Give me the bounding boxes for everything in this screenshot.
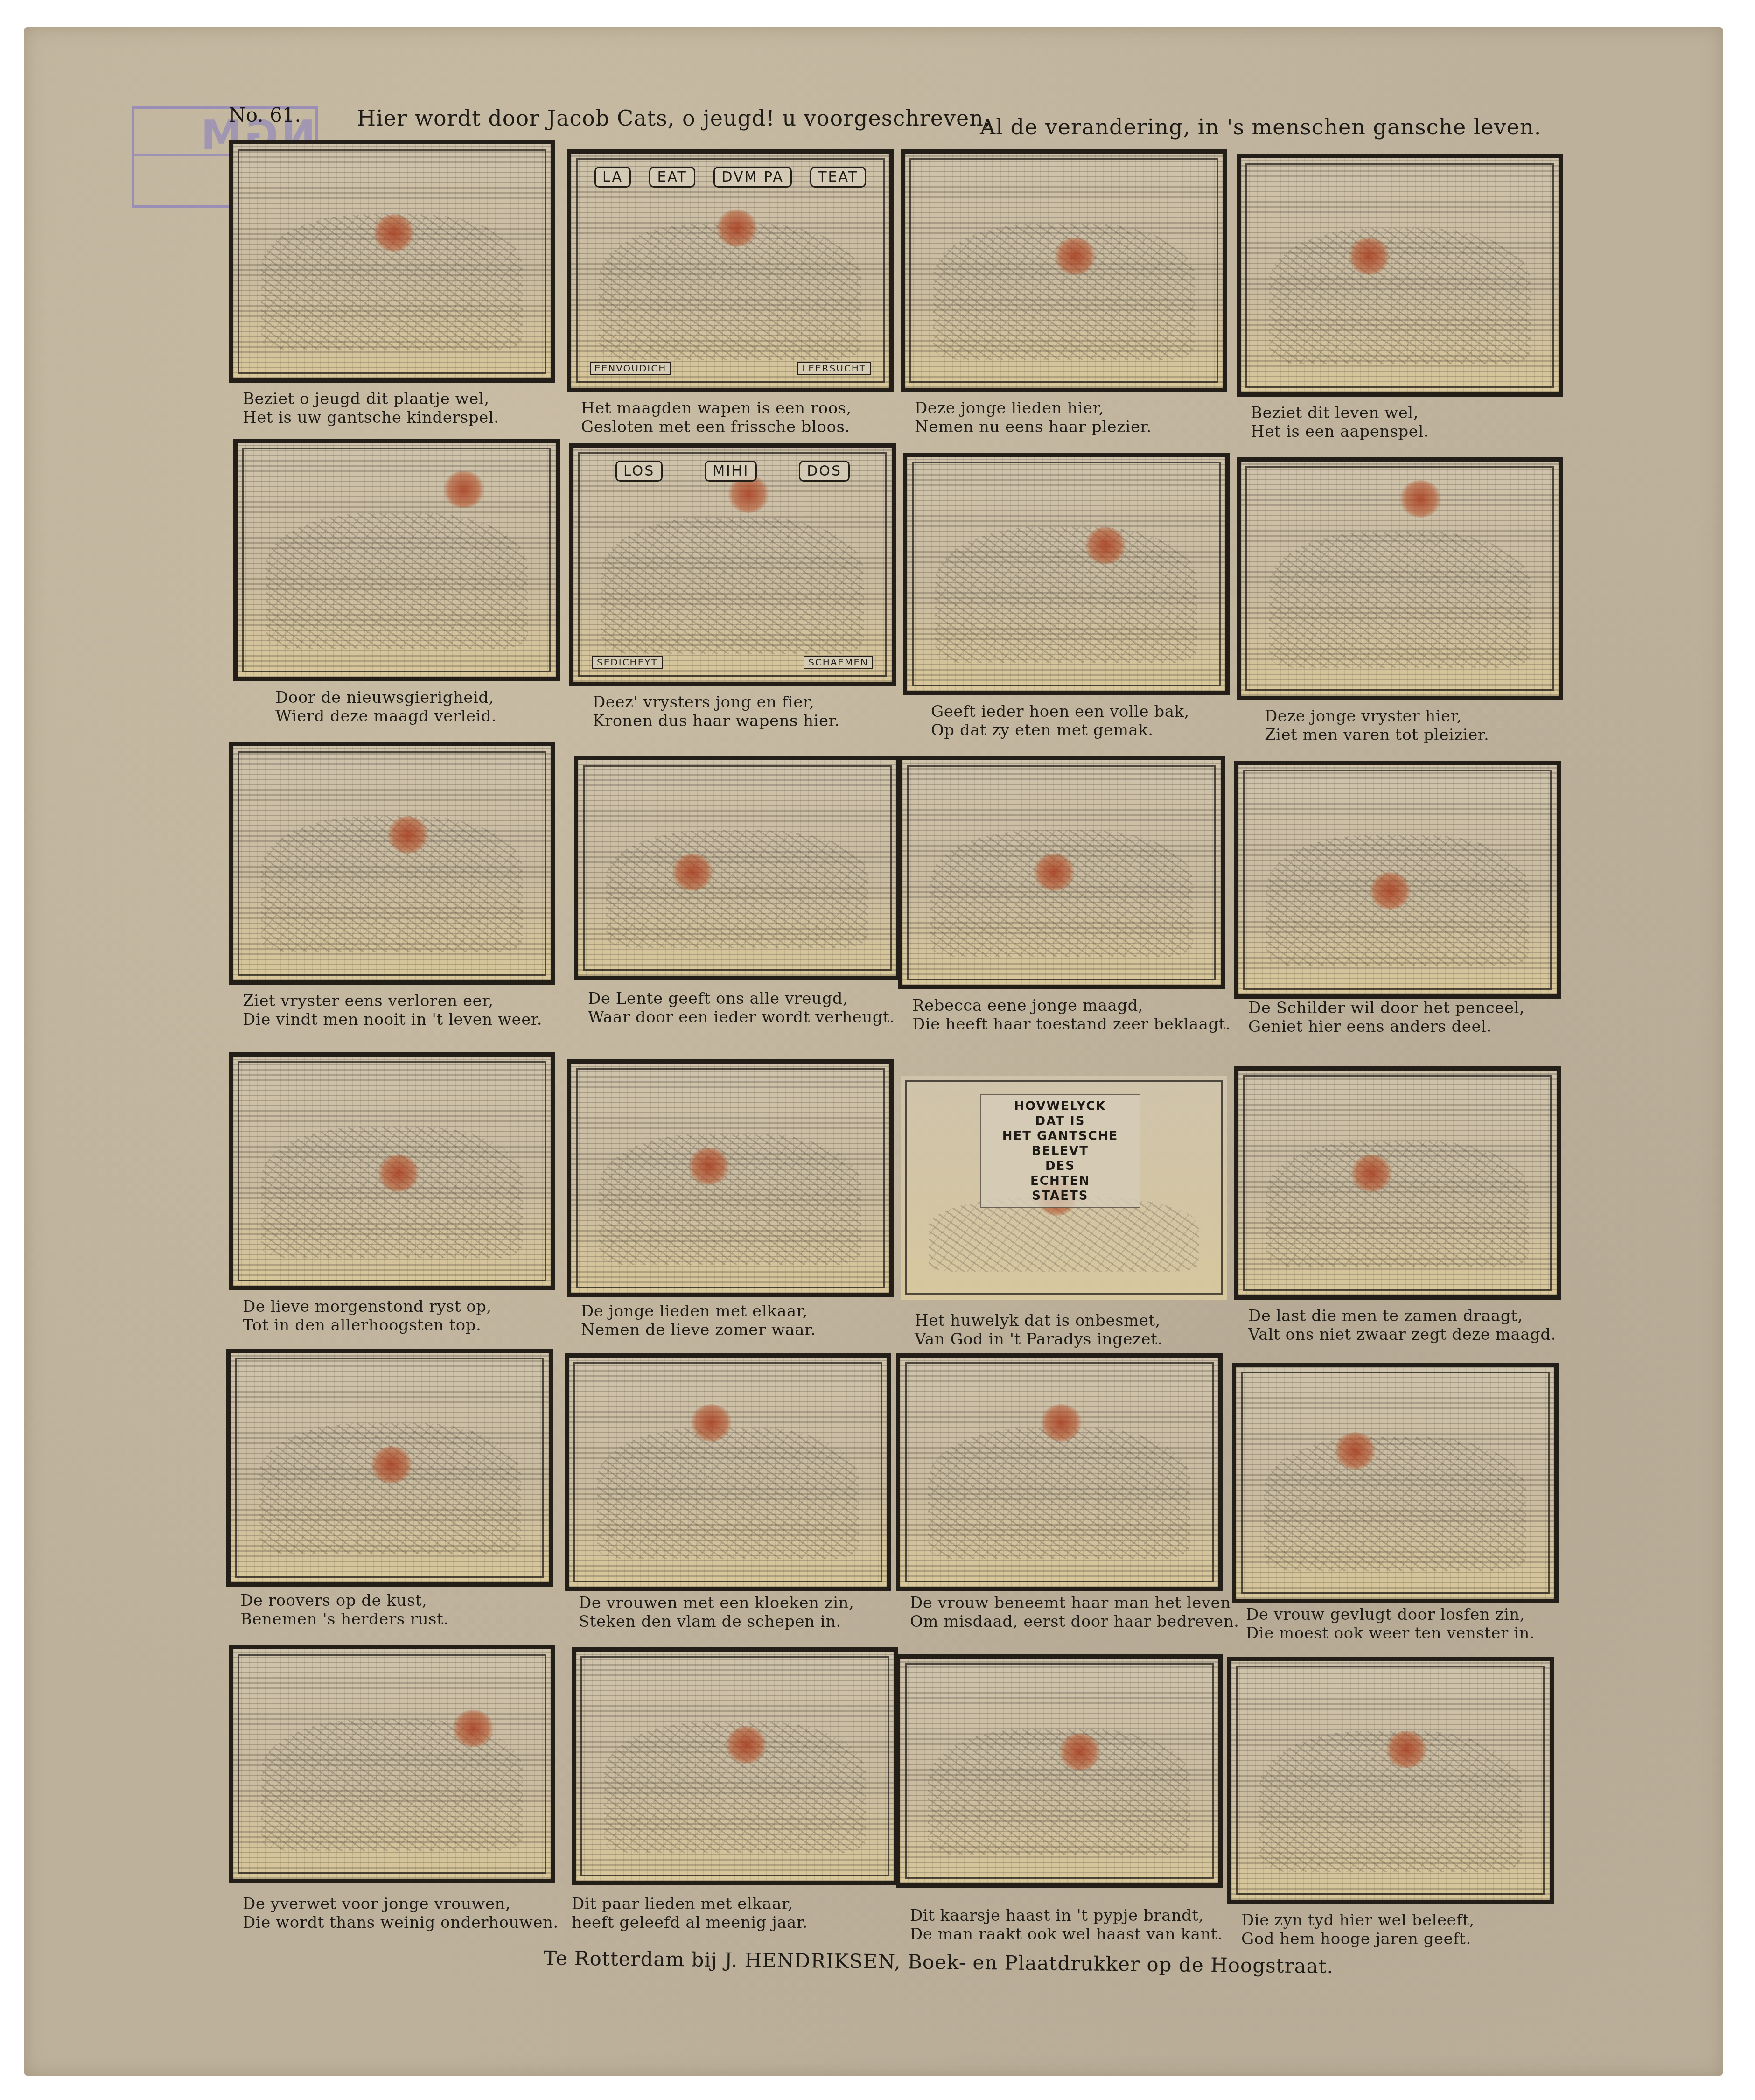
motto-bottom: SEDICHEYT SCHAEMEN	[592, 656, 873, 669]
red-blot	[671, 854, 713, 891]
verse-caption: De vrouw beneemt haar man het leven Om m…	[910, 1594, 1237, 1631]
plate-cell: De jonge lieden met elkaar, Nemen de lie…	[567, 1059, 894, 1356]
woodcut-scene	[928, 1729, 1190, 1855]
verse-line-2: Wierd deze maagd verleid.	[275, 707, 574, 726]
red-blot	[452, 1710, 494, 1747]
plate-cell: Deze jonge vryster hier, Ziet men varen …	[1237, 457, 1563, 754]
banner-word: EAT	[649, 167, 695, 188]
verse-line-2: Benemen 's herders rust.	[240, 1610, 567, 1629]
verse-caption: De Schilder wil door het penceel, Geniet…	[1248, 999, 1575, 1036]
verse-caption: Rebecca eene jonge maagd, Die heeft haar…	[912, 996, 1239, 1034]
woodcut-scene	[933, 224, 1195, 360]
verse-line-1: De jonge lieden met elkaar,	[581, 1302, 908, 1321]
red-blot	[716, 210, 758, 247]
verse-caption: De vrouw gevlugt door losfen zin, Die mo…	[1246, 1605, 1573, 1643]
verse-caption: Geeft ieder hoen een volle bak, Op dat z…	[931, 702, 1244, 740]
motto-banner: LA EAT DVM PA TEAT	[594, 167, 866, 188]
verse-caption: De jonge lieden met elkaar, Nemen de lie…	[581, 1302, 908, 1339]
banner-word: DOS	[799, 461, 850, 482]
verse-line-1: Deez' vrysters jong en fier,	[593, 693, 910, 712]
woodcut-illustration: HOVWELYCK DAT IS HET GANTSCHE BELEVT DES…	[901, 1076, 1227, 1300]
woodcut-illustration	[229, 140, 555, 383]
motto-label: EENVOUDICH	[590, 362, 671, 375]
plate-cell: Rebecca eene jonge maagd, Die heeft haar…	[898, 756, 1225, 1052]
woodcut-scene	[1259, 1731, 1522, 1872]
woodcut-scene	[929, 1197, 1199, 1272]
red-blot	[1348, 238, 1390, 275]
motto-label: SEDICHEYT	[592, 656, 663, 669]
verse-caption: Het maagden wapen is een roos, Gesloten …	[581, 399, 908, 436]
red-blot	[1054, 238, 1096, 275]
verse-line-1: De lieve morgenstond ryst op,	[243, 1297, 569, 1316]
verse-line-1: Dit paar lieden met elkaar,	[572, 1895, 912, 1913]
verse-line-2: Valt ons niet zwaar zegt deze maagd.	[1248, 1325, 1575, 1344]
woodcut-illustration	[567, 1059, 894, 1297]
sign-line: ECHTEN	[981, 1174, 1140, 1189]
plate-cell: Dit kaarsje haast in 't pypje brandt, De…	[896, 1654, 1223, 1951]
verse-line-1: De vrouwen met een kloeken zin,	[579, 1594, 905, 1612]
verse-caption: Die zyn tyd hier wel beleeft, God hem ho…	[1241, 1911, 1568, 1948]
verse-line-2: Het is uw gantsche kinderspel.	[243, 408, 569, 427]
hovwelyck-sign: HOVWELYCK DAT IS HET GANTSCHE BELEVT DES…	[980, 1094, 1140, 1208]
woodcut-illustration: LOS MIHI DOS SEDICHEYT SCHAEMEN	[569, 443, 896, 686]
woodcut-scene	[1266, 1141, 1529, 1267]
verse-caption: De yverwet voor jonge vrouwen, Die wordt…	[243, 1895, 569, 1932]
red-blot	[1059, 1733, 1101, 1771]
verse-caption: Dit kaarsje haast in 't pypje brandt, De…	[910, 1906, 1237, 1944]
verse-caption: Dit paar lieden met elkaar, heeft geleef…	[572, 1895, 912, 1932]
verse-line-2: Die vindt men nooit in 't leven weer.	[243, 1010, 569, 1029]
verse-line-2: Op dat zy eten met gemak.	[931, 721, 1244, 740]
red-blot	[725, 1726, 767, 1764]
verse-line-1: De Lente geeft ons alle vreugd,	[588, 989, 915, 1008]
woodcut-scene	[261, 214, 523, 350]
woodcut-scene	[266, 513, 528, 649]
woodcut-scene	[599, 1134, 861, 1265]
woodcut-illustration	[1237, 457, 1563, 700]
woodcut-illustration	[1227, 1657, 1554, 1904]
woodcut-illustration	[903, 453, 1230, 695]
plate-cell: De yverwet voor jonge vrouwen, Die wordt…	[229, 1645, 555, 1941]
verse-line-2: Die heeft haar toestand zeer beklaagt.	[912, 1015, 1239, 1034]
verse-line-1: De Schilder wil door het penceel,	[1248, 999, 1575, 1017]
verse-line-2: Waar door een ieder wordt verheugt.	[588, 1008, 915, 1027]
verse-line-2: Die moest ook weer ten venster in.	[1246, 1624, 1573, 1643]
red-blot	[1084, 527, 1126, 564]
plate-cell: LA EAT DVM PA TEAT EENVOUDICH LEERSUCHT …	[567, 149, 894, 446]
verse-line-1: Rebecca eene jonge maagd,	[912, 996, 1239, 1015]
banner-word: DVM PA	[713, 167, 791, 188]
banner-word: LOS	[615, 461, 663, 482]
verse-line-2: Steken den vlam de schepen in.	[579, 1612, 905, 1631]
woodcut-scene	[601, 518, 864, 654]
motto-banner: LOS MIHI DOS	[597, 461, 868, 482]
verse-line-2: God hem hooge jaren geeft.	[1241, 1930, 1568, 1948]
verse-caption: Het huwelyk dat is onbesmet, Van God in …	[915, 1311, 1241, 1349]
woodcut-scene	[1269, 228, 1531, 364]
sign-line: DES	[981, 1159, 1140, 1174]
plate-cell: Beziet dit leven wel, Het is een aapensp…	[1237, 154, 1563, 450]
plates-grid: Beziet o jeugd dit plaatje wel, Het is u…	[229, 140, 1563, 1923]
woodcut-scene	[930, 830, 1193, 957]
plate-cell: De lieve morgenstond ryst op, Tot in den…	[229, 1052, 555, 1349]
plate-cell: LOS MIHI DOS SEDICHEYT SCHAEMEN Deez' vr…	[569, 443, 896, 740]
woodcut-scene	[261, 1719, 523, 1851]
red-blot	[1040, 1404, 1082, 1442]
woodcut-illustration	[896, 1654, 1223, 1888]
red-blot	[1350, 1155, 1392, 1192]
verse-line-1: Het huwelyk dat is onbesmet,	[915, 1311, 1241, 1330]
verse-line-1: Beziet o jeugd dit plaatje wel,	[243, 390, 569, 408]
woodcut-scene	[928, 1428, 1190, 1559]
verse-line-1: De roovers op de kust,	[240, 1591, 567, 1610]
woodcut-illustration	[1232, 1363, 1559, 1603]
verse-caption: Deez' vrysters jong en fier, Kronen dus …	[593, 693, 910, 730]
banner-word: MIHI	[705, 461, 757, 482]
plate-cell: De Schilder wil door het penceel, Geniet…	[1234, 761, 1561, 1057]
plate-cell: Deze jonge lieden hier, Nemen nu eens ha…	[901, 149, 1227, 446]
verse-line-2: De man raakt ook wel haast van kant.	[910, 1925, 1237, 1944]
verse-caption: De Lente geeft ons alle vreugd, Waar doo…	[588, 989, 915, 1027]
plate-cell: De vrouwen met een kloeken zin, Steken d…	[565, 1353, 891, 1650]
woodcut-scene	[1269, 532, 1531, 668]
banner-word: TEAT	[810, 167, 866, 188]
woodcut-illustration	[1234, 1066, 1561, 1300]
plate-cell: De roovers op de kust, Benemen 's herder…	[226, 1349, 553, 1645]
woodcut-scene	[606, 830, 868, 948]
woodcut-illustration	[229, 742, 555, 985]
verse-line-2: Om misdaad, eerst door haar bedreven.	[910, 1612, 1237, 1631]
woodcut-scene	[261, 1127, 523, 1258]
red-blot	[1033, 854, 1075, 891]
woodcut-scene	[1264, 1437, 1526, 1571]
verse-line-2: Het is een aapenspel.	[1251, 422, 1577, 441]
red-blot	[690, 1404, 732, 1442]
woodcut-scene	[599, 224, 861, 360]
woodcut-illustration	[896, 1353, 1223, 1591]
verse-line-2: Van God in 't Paradys ingezet.	[915, 1330, 1241, 1349]
woodcut-illustration	[226, 1349, 553, 1587]
woodcut-scene	[935, 527, 1197, 663]
woodcut-illustration	[574, 756, 901, 980]
plate-cell: Door de nieuwsgierigheid, Wierd deze maa…	[233, 439, 560, 735]
verse-line-2: Geniet hier eens anders deel.	[1248, 1017, 1575, 1036]
plate-cell: Ziet vryster eens verloren eer, Die vind…	[229, 742, 555, 1038]
woodcut-scene	[259, 1423, 521, 1554]
woodcut-illustration	[565, 1353, 891, 1591]
plate-cell: HOVWELYCK DAT IS HET GANTSCHE BELEVT DES…	[901, 1076, 1227, 1372]
verse-line-1: Deze jonge lieden hier,	[915, 399, 1241, 418]
plate-cell: De Lente geeft ons alle vreugd, Waar doo…	[574, 756, 901, 1052]
verse-line-1: Door de nieuwsgierigheid,	[275, 688, 574, 707]
sign-line: HET GANTSCHE BELEVT	[981, 1129, 1140, 1159]
woodcut-scene	[597, 1428, 859, 1559]
verse-caption: De vrouwen met een kloeken zin, Steken d…	[579, 1594, 905, 1631]
woodcut-illustration	[1237, 154, 1563, 397]
verse-caption: De lieve morgenstond ryst op, Tot in den…	[243, 1297, 569, 1335]
red-blot	[443, 471, 485, 508]
woodcut-illustration	[229, 1645, 555, 1883]
woodcut-illustration	[233, 439, 560, 681]
woodcut-illustration	[901, 149, 1227, 392]
verse-caption: De last die men te zamen draagt, Valt on…	[1248, 1307, 1575, 1344]
verse-line-1: Geeft ieder hoen een volle bak,	[931, 702, 1244, 721]
header-verse-left: Hier wordt door Jacob Cats, o jeugd! u v…	[357, 105, 991, 131]
verse-caption: Door de nieuwsgierigheid, Wierd deze maa…	[275, 688, 574, 726]
sign-line: STAETS	[981, 1189, 1140, 1204]
verse-caption: Deze jonge vryster hier, Ziet men varen …	[1265, 707, 1577, 744]
plate-cell: De vrouw gevlugt door losfen zin, Die mo…	[1232, 1363, 1559, 1659]
woodcut-illustration: LA EAT DVM PA TEAT EENVOUDICH LEERSUCHT	[567, 149, 894, 392]
header-verse-right: Al de verandering, in 's menschen gansch…	[980, 114, 1541, 140]
sheet-number: No. 61.	[229, 104, 301, 126]
verse-line-1: De last die men te zamen draagt,	[1248, 1307, 1575, 1325]
plate-cell: Die zyn tyd hier wel beleeft, God hem ho…	[1227, 1657, 1554, 1953]
verse-line-1: Ziet vryster eens verloren eer,	[243, 992, 569, 1010]
woodcut-illustration	[572, 1647, 898, 1885]
verse-line-1: Beziet dit leven wel,	[1251, 404, 1577, 422]
verse-line-2: Tot in den allerhoogsten top.	[243, 1316, 569, 1335]
red-blot	[387, 816, 429, 854]
red-blot	[1385, 1731, 1427, 1768]
verse-line-2: Nemen nu eens haar plezier.	[915, 418, 1241, 436]
plate-cell: Dit paar lieden met elkaar, heeft geleef…	[572, 1647, 898, 1944]
verse-line-1: Het maagden wapen is een roos,	[581, 399, 908, 418]
verse-line-2: heeft geleefd al meenig jaar.	[572, 1913, 912, 1932]
verse-line-1: De vrouw beneemt haar man het leven	[910, 1594, 1237, 1612]
verse-line-1: De yverwet voor jonge vrouwen,	[243, 1895, 569, 1913]
woodcut-illustration	[898, 756, 1225, 989]
woodcut-illustration	[1234, 761, 1561, 999]
verse-line-2: Die wordt thans weinig onderhouwen.	[243, 1913, 569, 1932]
verse-caption: Beziet dit leven wel, Het is een aapensp…	[1251, 404, 1577, 441]
woodcut-illustration	[229, 1052, 555, 1290]
woodcut-scene	[1266, 835, 1529, 966]
motto-bottom: EENVOUDICH LEERSUCHT	[590, 362, 871, 375]
motto-label: LEERSUCHT	[797, 362, 871, 375]
plate-cell: Beziet o jeugd dit plaatje wel, Het is u…	[229, 140, 555, 436]
red-blot	[688, 1148, 730, 1185]
verse-line-2: Ziet men varen tot pleizier.	[1265, 726, 1577, 744]
verse-line-2: Nemen de lieve zomer waar.	[581, 1321, 908, 1339]
red-blot	[1399, 480, 1441, 518]
red-blot	[1369, 872, 1411, 910]
verse-line-1: Deze jonge vryster hier,	[1265, 707, 1577, 726]
banner-word: LA	[594, 167, 631, 188]
red-blot	[371, 1446, 413, 1484]
red-blot	[373, 214, 415, 252]
sign-line: DAT IS	[981, 1114, 1140, 1129]
woodcut-scene	[261, 816, 523, 952]
verse-caption: De roovers op de kust, Benemen 's herder…	[240, 1591, 567, 1629]
verse-line-1: De vrouw gevlugt door losfen zin,	[1246, 1605, 1573, 1624]
verse-line-1: Die zyn tyd hier wel beleeft,	[1241, 1911, 1568, 1930]
verse-caption: Beziet o jeugd dit plaatje wel, Het is u…	[243, 390, 569, 427]
plate-cell: De last die men te zamen draagt, Valt on…	[1234, 1066, 1561, 1363]
verse-line-2: Gesloten met een frissche bloos.	[581, 418, 908, 436]
sign-line: HOVWELYCK	[981, 1099, 1140, 1114]
red-blot	[378, 1155, 420, 1192]
woodcut-scene	[604, 1722, 866, 1853]
verse-line-2: Kronen dus haar wapens hier.	[593, 712, 910, 730]
motto-label: SCHAEMEN	[804, 656, 873, 669]
plate-cell: De vrouw beneemt haar man het leven Om m…	[896, 1353, 1223, 1650]
red-blot	[1334, 1432, 1376, 1470]
verse-caption: Deze jonge lieden hier, Nemen nu eens ha…	[915, 399, 1241, 436]
plate-cell: Geeft ieder hoen een volle bak, Op dat z…	[903, 453, 1230, 749]
verse-caption: Ziet vryster eens verloren eer, Die vind…	[243, 992, 569, 1029]
verse-line-1: Dit kaarsje haast in 't pypje brandt,	[910, 1906, 1237, 1925]
